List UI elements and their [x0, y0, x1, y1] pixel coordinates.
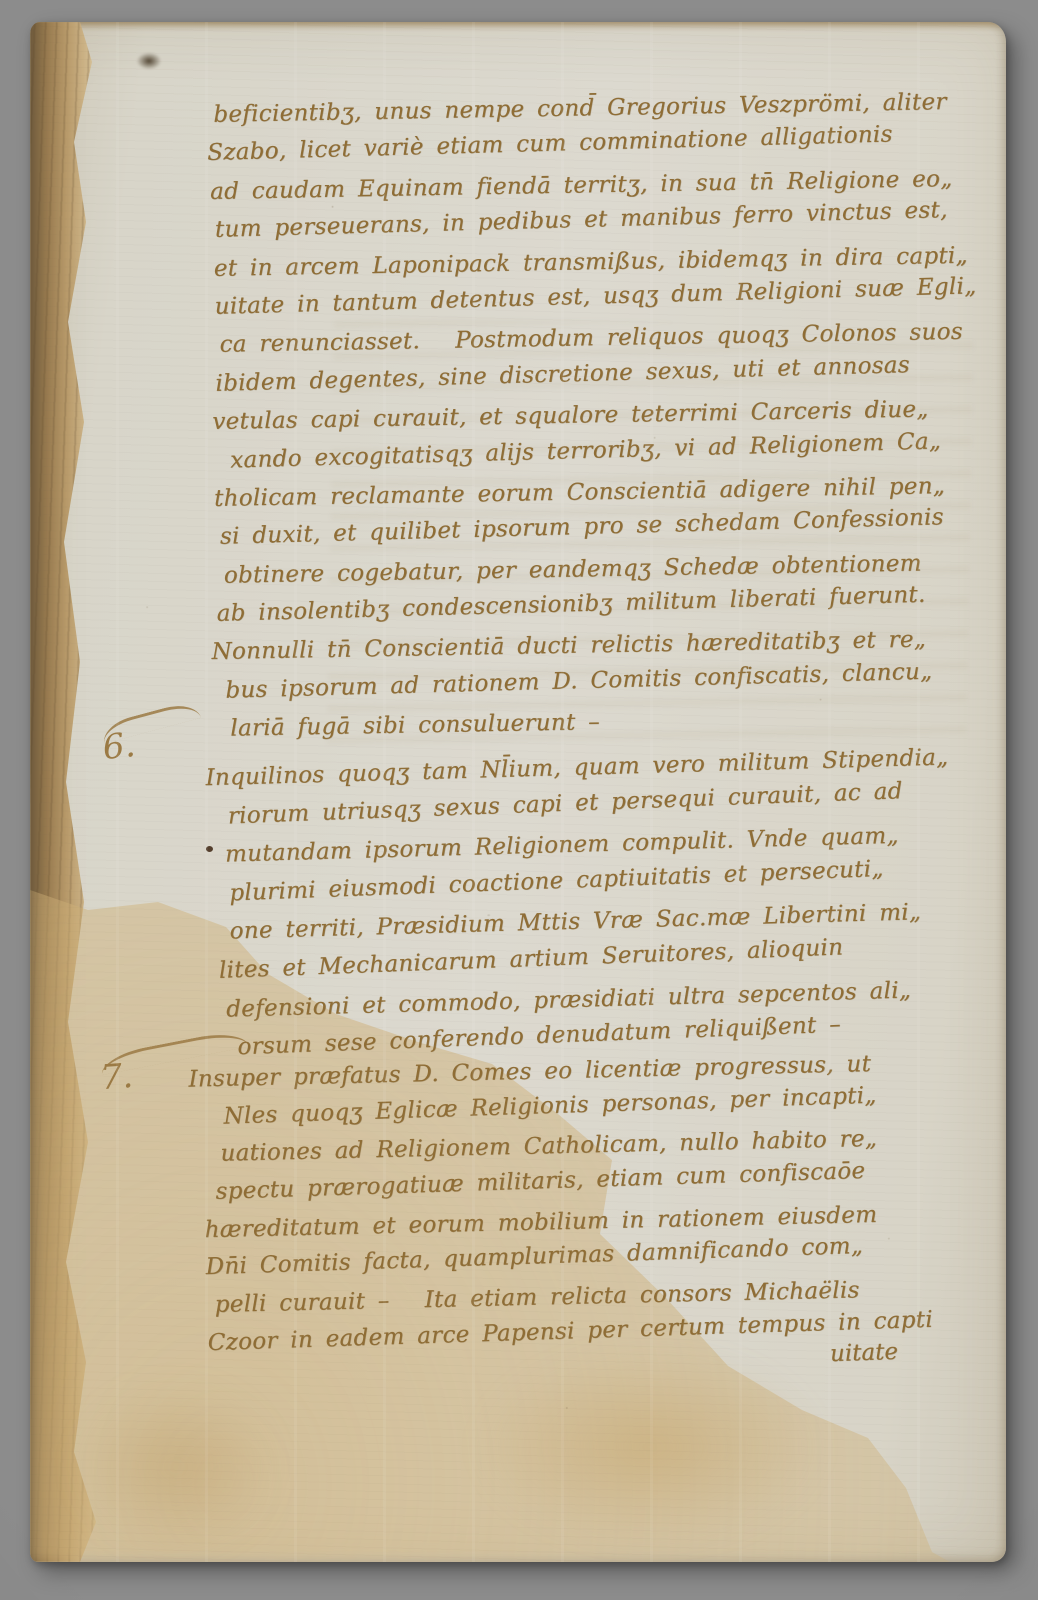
paper-blemish	[133, 50, 165, 72]
margin-mark-6: 6.	[100, 707, 205, 768]
catchword: uitate	[830, 1339, 899, 1367]
manuscript-page: beficientibʒ, unus nempe cond̄ Gregorius…	[30, 22, 1006, 1562]
paragraph-2: Inquilinos quoqʒ tam Nl̄ium, quam vero m…	[30, 735, 958, 1074]
margin-mark-7: 7.	[98, 1037, 251, 1098]
paragraph-1: beficientibʒ, unus nempe cond̄ Gregorius…	[30, 79, 986, 753]
